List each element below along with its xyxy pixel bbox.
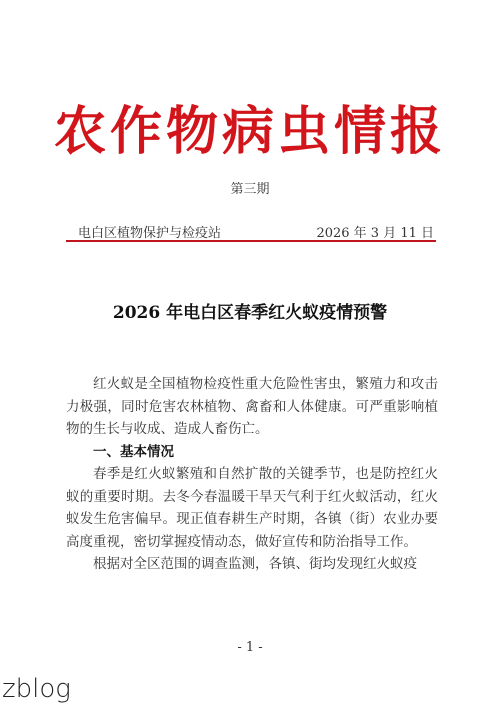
page-number: - 1 - [0,640,500,655]
red-divider [66,240,436,242]
issue-date: 2026 年 3 月 11 日 [316,222,434,241]
watermark-logo: zblog [2,674,71,704]
issue-number: 第三期 [0,178,500,197]
masthead-title: 农作物病虫情报 [0,100,500,164]
organization-name: 电白区植物保护与检疫站 [78,222,221,241]
document-title: 2026 年电白区春季红火蚁疫情预警 [0,298,500,323]
intro-paragraph: 红火蚁是全国植物检疫性重大危险性害虫，繁殖力和攻击力极强，同时危害农林植物、禽畜… [66,373,438,441]
section-heading: 一、基本情况 [66,441,438,464]
body-paragraph: 春季是红火蚁繁殖和自然扩散的关键季节，也是防控红火蚁的重要时期。去冬今春温暖干旱… [66,463,438,553]
document-body: 红火蚁是全国植物检疫性重大危险性害虫，繁殖力和攻击力极强，同时危害农林植物、禽畜… [66,373,438,576]
body-paragraph: 根据对全区范围的调查监测，各镇、街均发现红火蚁疫 [66,553,438,576]
issuer-line: 电白区植物保护与检疫站 2026 年 3 月 11 日 [78,222,434,241]
